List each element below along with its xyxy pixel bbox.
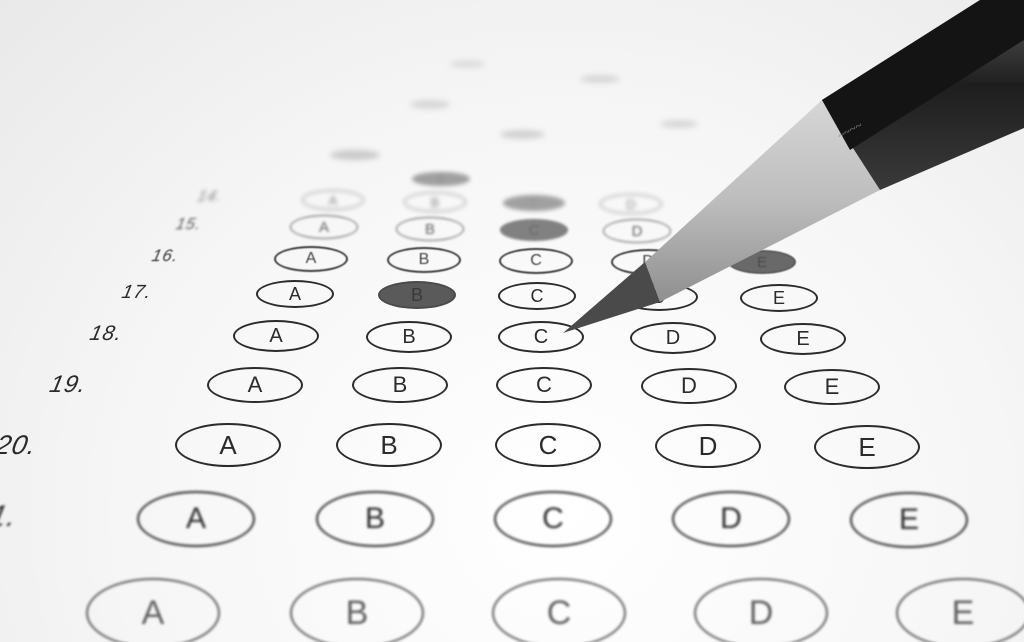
- bubble-letter: E: [773, 288, 785, 309]
- bubble-letter: E: [858, 432, 875, 463]
- bubble-17-a[interactable]: A: [256, 280, 334, 308]
- bubble-letter: B: [365, 502, 385, 536]
- svg-text:~~~~: ~~~~: [835, 118, 865, 143]
- bubble-letter: D: [699, 431, 718, 462]
- bubble-letter: A: [329, 193, 338, 208]
- bubble-21-a[interactable]: A: [137, 491, 255, 547]
- bubble-letter: E: [899, 503, 919, 537]
- bubble-14-c[interactable]: C: [503, 195, 565, 211]
- row-number-16: 16.: [150, 246, 181, 266]
- bubble-14-b2[interactable]: B: [404, 192, 466, 212]
- bubble-letter: A: [269, 325, 282, 348]
- bubble-18-b[interactable]: B: [366, 321, 452, 353]
- bubble-letter: E: [796, 328, 809, 351]
- bubble-15-d[interactable]: D: [603, 219, 671, 243]
- bubble-19-d[interactable]: D: [641, 368, 737, 404]
- bubble-20-d[interactable]: D: [655, 424, 761, 468]
- bubble-letter: B: [393, 372, 408, 398]
- bubble-letter: C: [542, 502, 564, 536]
- bubble-letter: D: [632, 223, 643, 240]
- bubble-letter: B: [431, 195, 440, 210]
- bubble-21-c[interactable]: C: [494, 491, 612, 547]
- bubble-letter: D: [653, 287, 666, 308]
- bubble-21-b[interactable]: B: [316, 491, 434, 547]
- bubble-letter: A: [289, 284, 301, 305]
- bubble-17-c[interactable]: C: [498, 282, 576, 310]
- bubble-letter: A: [319, 219, 329, 236]
- distant-rows: [320, 20, 740, 170]
- bubble-16-a[interactable]: A: [274, 246, 348, 272]
- bubble-letter: B: [402, 326, 415, 349]
- bubble-letter: B: [437, 173, 444, 185]
- bubble-letter: B: [419, 251, 430, 269]
- bubble-22-e[interactable]: E: [896, 578, 1024, 642]
- bubble-22-a[interactable]: A: [86, 578, 220, 642]
- row-number-19: 19.: [47, 371, 89, 399]
- bubble-22-c[interactable]: C: [492, 578, 626, 642]
- bubble-19-c[interactable]: C: [496, 367, 592, 403]
- bubble-19-a[interactable]: A: [207, 367, 303, 403]
- bubble-19-b[interactable]: B: [352, 367, 448, 403]
- bubble-19-e[interactable]: E: [784, 369, 880, 405]
- bubble-letter: B: [346, 594, 369, 633]
- bubble-letter: C: [539, 430, 558, 461]
- bubble-letter: C: [530, 196, 539, 210]
- row-number-18: 18.: [87, 322, 124, 346]
- bubble-22-b[interactable]: B: [290, 578, 424, 642]
- row-number-15: 15.: [174, 216, 203, 234]
- bubble-letter: A: [186, 502, 206, 536]
- bubble-letter: D: [681, 373, 697, 399]
- bubble-letter: A: [219, 430, 236, 461]
- bubble-letter: D: [626, 197, 635, 212]
- bubble-14-b[interactable]: B: [412, 172, 470, 186]
- bubble-18-c[interactable]: C: [498, 321, 584, 353]
- bubble-letter: C: [529, 222, 540, 239]
- bubble-18-e[interactable]: E: [760, 323, 846, 355]
- bubble-letter: D: [642, 253, 654, 271]
- bubble-letter: E: [952, 594, 975, 633]
- bubble-letter: B: [380, 430, 397, 461]
- row-number-20: 20.: [0, 430, 40, 461]
- bubble-letter: A: [248, 372, 263, 398]
- row-number-14: 14.: [196, 188, 223, 205]
- bubble-letter: C: [530, 252, 542, 270]
- bubble-16-c[interactable]: C: [499, 248, 573, 274]
- bubble-20-e[interactable]: E: [814, 425, 920, 469]
- bubble-letter: B: [411, 285, 423, 306]
- bubble-letter: C: [536, 372, 552, 398]
- bubble-letter: A: [306, 250, 317, 268]
- bubble-18-d[interactable]: D: [630, 322, 716, 354]
- bubble-letter: D: [720, 502, 742, 536]
- row-number-17: 17.: [120, 282, 154, 304]
- bubble-17-d[interactable]: D: [620, 283, 698, 311]
- bubble-22-d[interactable]: D: [694, 578, 828, 642]
- bubble-letter: E: [825, 374, 840, 400]
- bubble-letter: C: [534, 326, 548, 349]
- row-number-21: 21.: [0, 500, 20, 534]
- answer-sheet: 14. A B B C D 15. A B C D 16. A B C D E …: [0, 0, 1024, 642]
- bubble-letter: B: [425, 221, 435, 238]
- bubble-15-b[interactable]: B: [396, 217, 464, 241]
- bubble-15-c[interactable]: C: [500, 219, 568, 241]
- bubble-letter: E: [757, 254, 767, 271]
- bubble-16-d[interactable]: D: [611, 249, 685, 275]
- bubble-17-e[interactable]: E: [740, 284, 818, 312]
- bubble-15-a[interactable]: A: [290, 215, 358, 239]
- bubble-letter: C: [547, 594, 572, 633]
- bubble-17-b[interactable]: B: [378, 281, 456, 309]
- bubble-18-a[interactable]: A: [233, 320, 319, 352]
- bubble-21-e[interactable]: E: [850, 492, 968, 548]
- bubble-20-c[interactable]: C: [495, 423, 601, 467]
- bubble-letter: A: [142, 594, 165, 633]
- bubble-20-a[interactable]: A: [175, 423, 281, 467]
- bubble-20-b[interactable]: B: [336, 423, 442, 467]
- bubble-letter: D: [749, 594, 774, 633]
- bubble-letter: C: [531, 286, 544, 307]
- bubble-14-a[interactable]: A: [302, 190, 364, 210]
- bubble-14-d[interactable]: D: [600, 194, 662, 214]
- bubble-21-d[interactable]: D: [672, 491, 790, 547]
- bubble-letter: D: [666, 327, 680, 350]
- bubble-16-b[interactable]: B: [387, 247, 461, 273]
- bubble-16-e[interactable]: E: [728, 250, 796, 274]
